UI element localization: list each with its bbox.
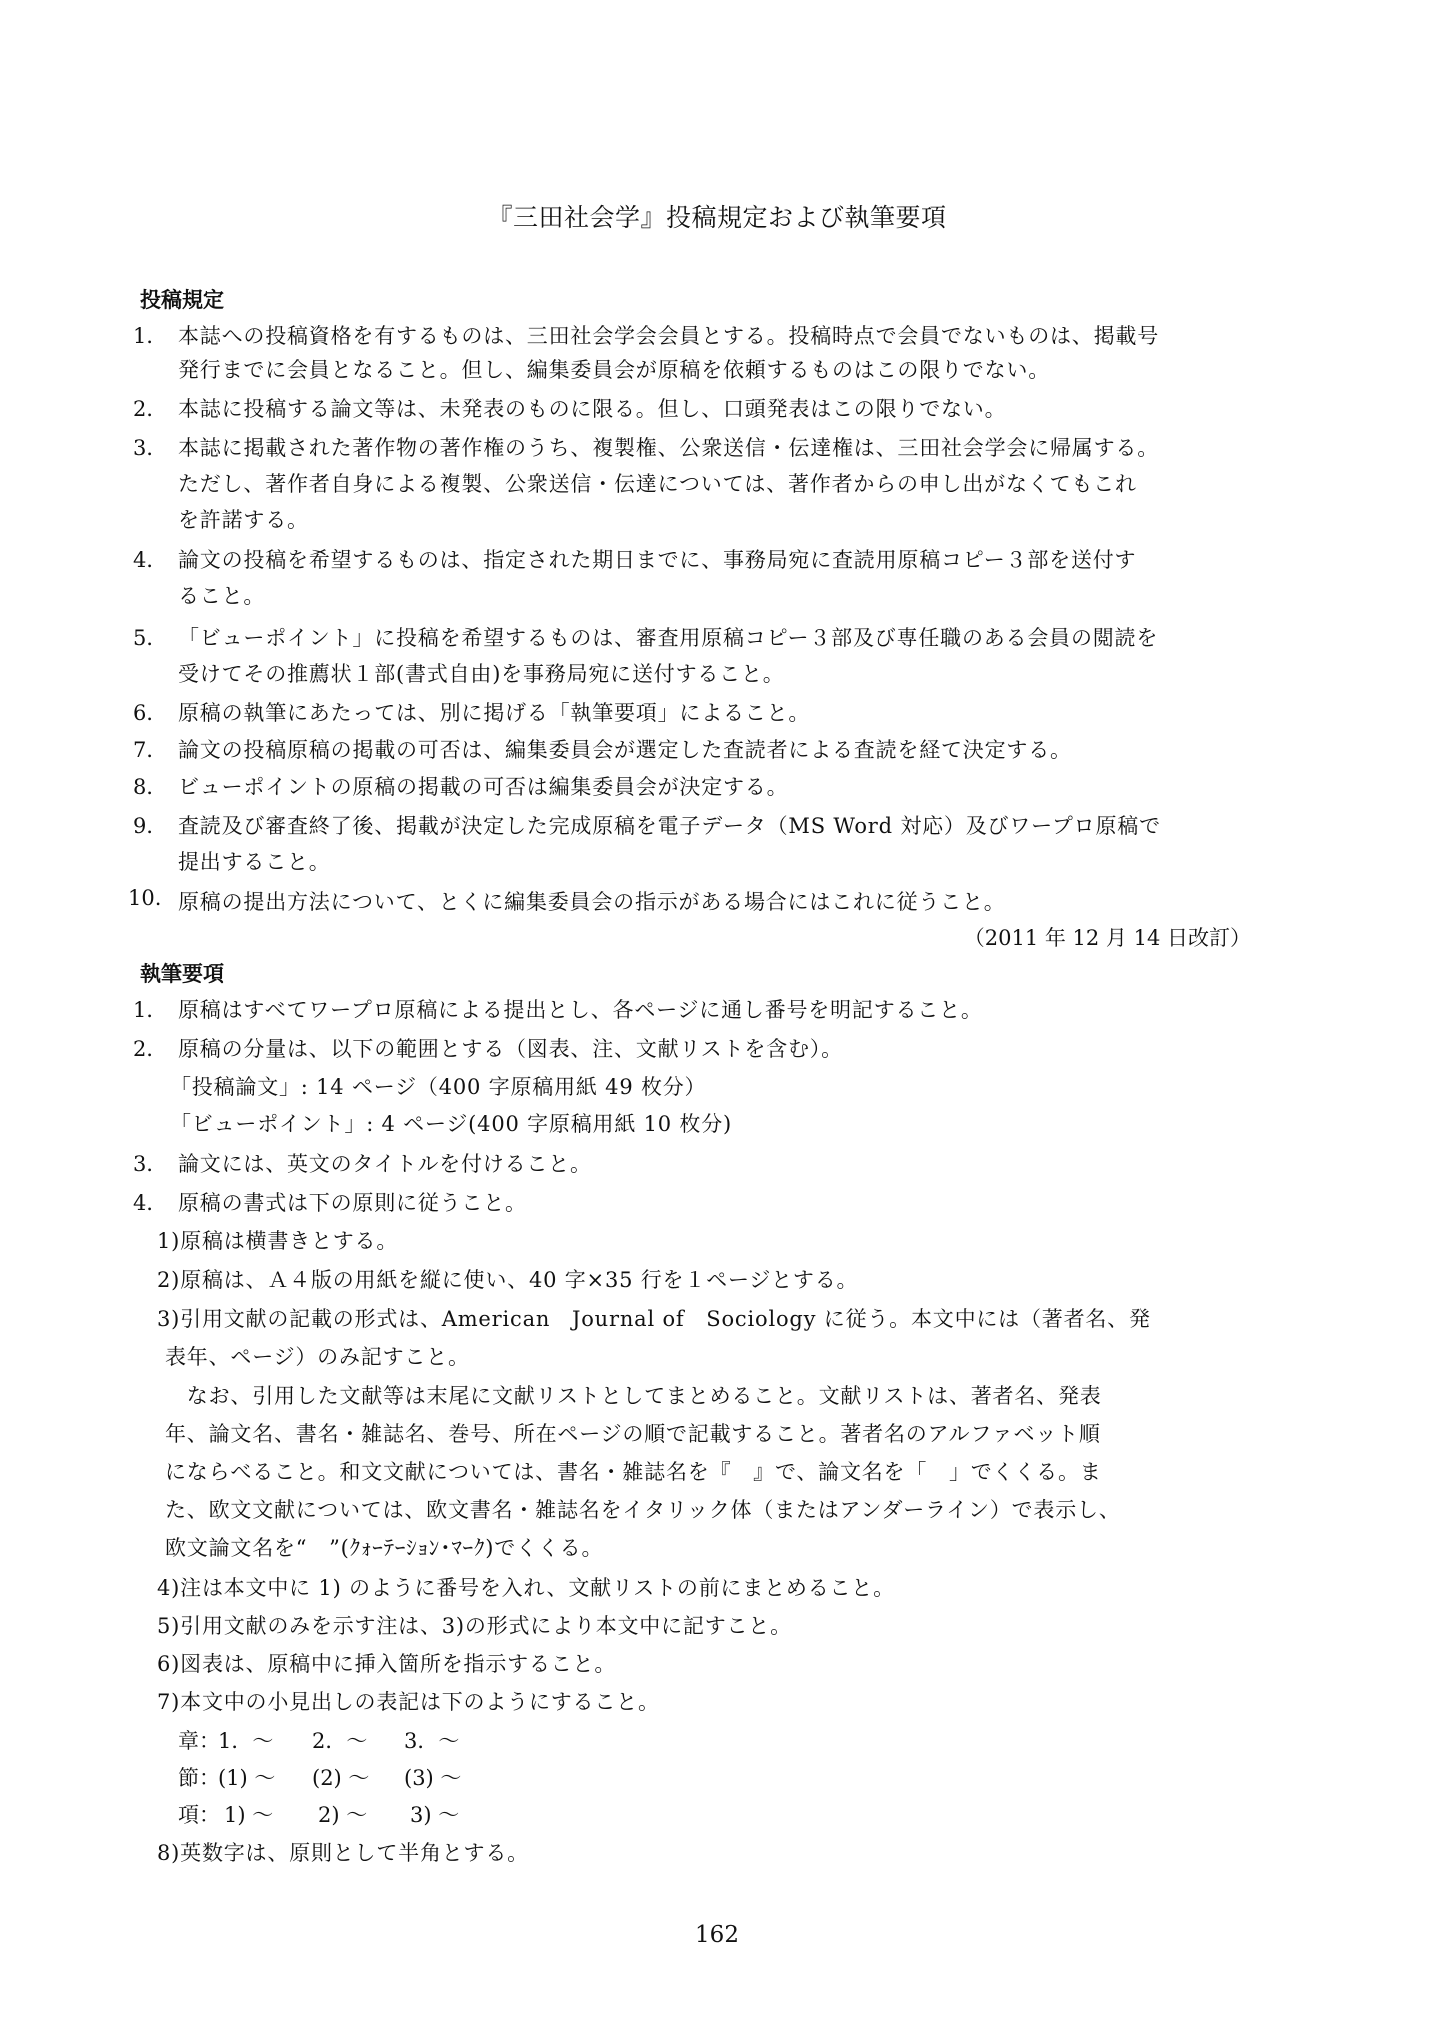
list-item-line: 「ビューポイント」に投稿を希望するものは、審査用原稿コピー３部及び専任職のある会…: [178, 622, 1158, 652]
list-item-line: 本誌への投稿資格を有するものは、三田社会学会会員とする。投稿時点で会員でないもの…: [178, 320, 1159, 350]
document-page: 『三田社会学』投稿規定および執筆要項 投稿規定 1． 本誌への投稿資格を有するも…: [0, 0, 1434, 2024]
level-example: 3) 〜: [410, 1799, 459, 1829]
list-item-line: ただし、著作者自身による複製、公衆送信・伝達については、著作者からの申し出がなく…: [178, 468, 1137, 498]
level-example: 2．〜: [312, 1725, 367, 1755]
level-label: 節：: [178, 1762, 220, 1792]
format-rule-line: なお、引用した文献等は末尾に文献リストとしてまとめること。文献リストは、著者名、…: [165, 1380, 1102, 1410]
list-item-line: を許諾する。: [178, 504, 309, 534]
item-number: 3．: [133, 432, 167, 462]
list-item-line: 査読及び審査終了後、掲載が決定した完成原稿を電子データ（MS Word 対応）及…: [178, 810, 1161, 840]
list-item-line: 論文の投稿原稿の掲載の可否は、編集委員会が選定した査読者による査読を経て決定する…: [178, 734, 1072, 764]
list-item-line: 本誌に投稿する論文等は、未発表のものに限る。但し、口頭発表はこの限りでない。: [178, 393, 1006, 423]
format-rule-line: 8)英数字は、原則として半角とする。: [157, 1837, 529, 1867]
list-item-line: 論文の投稿を希望するものは、指定された期日までに、事務局宛に査読用原稿コピー３部…: [178, 544, 1136, 574]
format-rule-line: 3)引用文献の記載の形式は、American Journal of Sociol…: [157, 1303, 1151, 1333]
list-item-line: ビューポイントの原稿の掲載の可否は編集委員会が決定する。: [178, 771, 788, 801]
item-number: 7．: [133, 734, 167, 764]
page-number: 162: [0, 1922, 1434, 1948]
format-rule-line: 2)原稿は、Ａ４版の用紙を縦に使い、40 字×35 行を１ページとする。: [157, 1264, 858, 1294]
list-item-line: 原稿の書式は下の原則に従うこと。: [178, 1187, 527, 1217]
format-rule-line: 表年、ページ）のみ記すこと。: [165, 1341, 470, 1371]
item-number: 6．: [133, 697, 167, 727]
revision-date: （2011 年 12 月 14 日改訂）: [964, 922, 1251, 952]
format-rule-line: 6)図表は、原稿中に挿入箇所を指示すること。: [157, 1648, 616, 1678]
list-item-line: 原稿の分量は、以下の範囲とする（図表、注、文献リストを含む）。: [178, 1033, 843, 1063]
format-rule-line: 7)本文中の小見出しの表記は下のようにすること。: [157, 1686, 660, 1716]
list-item-line: 原稿の執筆にあたっては、別に掲げる「執筆要項」によること。: [178, 697, 810, 727]
level-example: (3) 〜: [404, 1762, 461, 1792]
list-item-line: 論文には、英文のタイトルを付けること。: [178, 1148, 592, 1178]
list-item-line: 「ビューポイント」: 4 ページ(400 字原稿用紙 10 枚分): [170, 1108, 732, 1138]
section-heading-writing-guidelines: 執筆要項: [140, 958, 224, 988]
section-heading-submission-rules: 投稿規定: [140, 284, 224, 314]
item-number: 9．: [133, 810, 167, 840]
item-number: 1．: [133, 320, 167, 350]
level-example: 3．〜: [404, 1725, 459, 1755]
level-label: 項：: [178, 1799, 220, 1829]
level-example: (2) 〜: [312, 1762, 369, 1792]
list-item-line: 本誌に掲載された著作物の著作権のうち、複製権、公衆送信・伝達権は、三田社会学会に…: [178, 432, 1159, 462]
item-number: 10.: [128, 886, 161, 910]
item-number: 4．: [133, 1187, 167, 1217]
format-rule-line: た、欧文文献については、欧文書名・雑誌名をイタリック体（またはアンダーライン）で…: [165, 1494, 1121, 1524]
list-item-line: 受けてその推薦状１部(書式自由)を事務局宛に送付すること。: [178, 658, 785, 688]
format-rule-line: 5)引用文献のみを示す注は、3)の形式により本文中に記すこと。: [157, 1610, 792, 1640]
list-item-line: 原稿の提出方法について、とくに編集委員会の指示がある場合にはこれに従うこと。: [178, 886, 1006, 916]
item-number: 2．: [133, 1033, 167, 1063]
list-item-line: 提出すること。: [178, 846, 331, 876]
item-number: 3．: [133, 1148, 167, 1178]
page-title: 『三田社会学』投稿規定および執筆要項: [0, 198, 1434, 234]
list-item-line: 「投稿論文」: 14 ページ（400 字原稿用紙 49 枚分）: [170, 1071, 706, 1101]
level-example: 1) 〜: [224, 1799, 273, 1829]
level-label: 章：: [178, 1725, 220, 1755]
format-rule-line: にならべること。和文文献については、書名・雑誌名を『 』で、論文名を「 」でくく…: [165, 1456, 1102, 1486]
level-example: 1．〜: [218, 1725, 273, 1755]
list-item-line: ること。: [178, 580, 265, 610]
list-item-line: 原稿はすべてワープロ原稿による提出とし、各ページに通し番号を明記すること。: [178, 994, 983, 1024]
level-example: (1) 〜: [218, 1762, 275, 1792]
item-number: 8．: [133, 771, 167, 801]
format-rule-line: 1)原稿は横書きとする。: [157, 1225, 398, 1255]
item-number: 4．: [133, 544, 167, 574]
item-number: 1．: [133, 994, 167, 1024]
format-rule-line: 4)注は本文中に 1) のように番号を入れ、文献リストの前にまとめること。: [157, 1572, 895, 1602]
format-rule-line: 年、論文名、書名・雑誌名、巻号、所在ページの順で記載すること。著者名のアルファベ…: [165, 1418, 1101, 1448]
format-rule-line: 欧文論文名を“ ”(ｸｫｰﾃｰｼｮﾝ･ﾏｰｸ)でくくる。: [165, 1532, 603, 1562]
item-number: 5．: [133, 622, 167, 652]
item-number: 2．: [133, 393, 167, 423]
list-item-line: 発行までに会員となること。但し、編集委員会が原稿を依頼するものはこの限りでない。: [178, 354, 1050, 384]
level-example: 2) 〜: [318, 1799, 367, 1829]
